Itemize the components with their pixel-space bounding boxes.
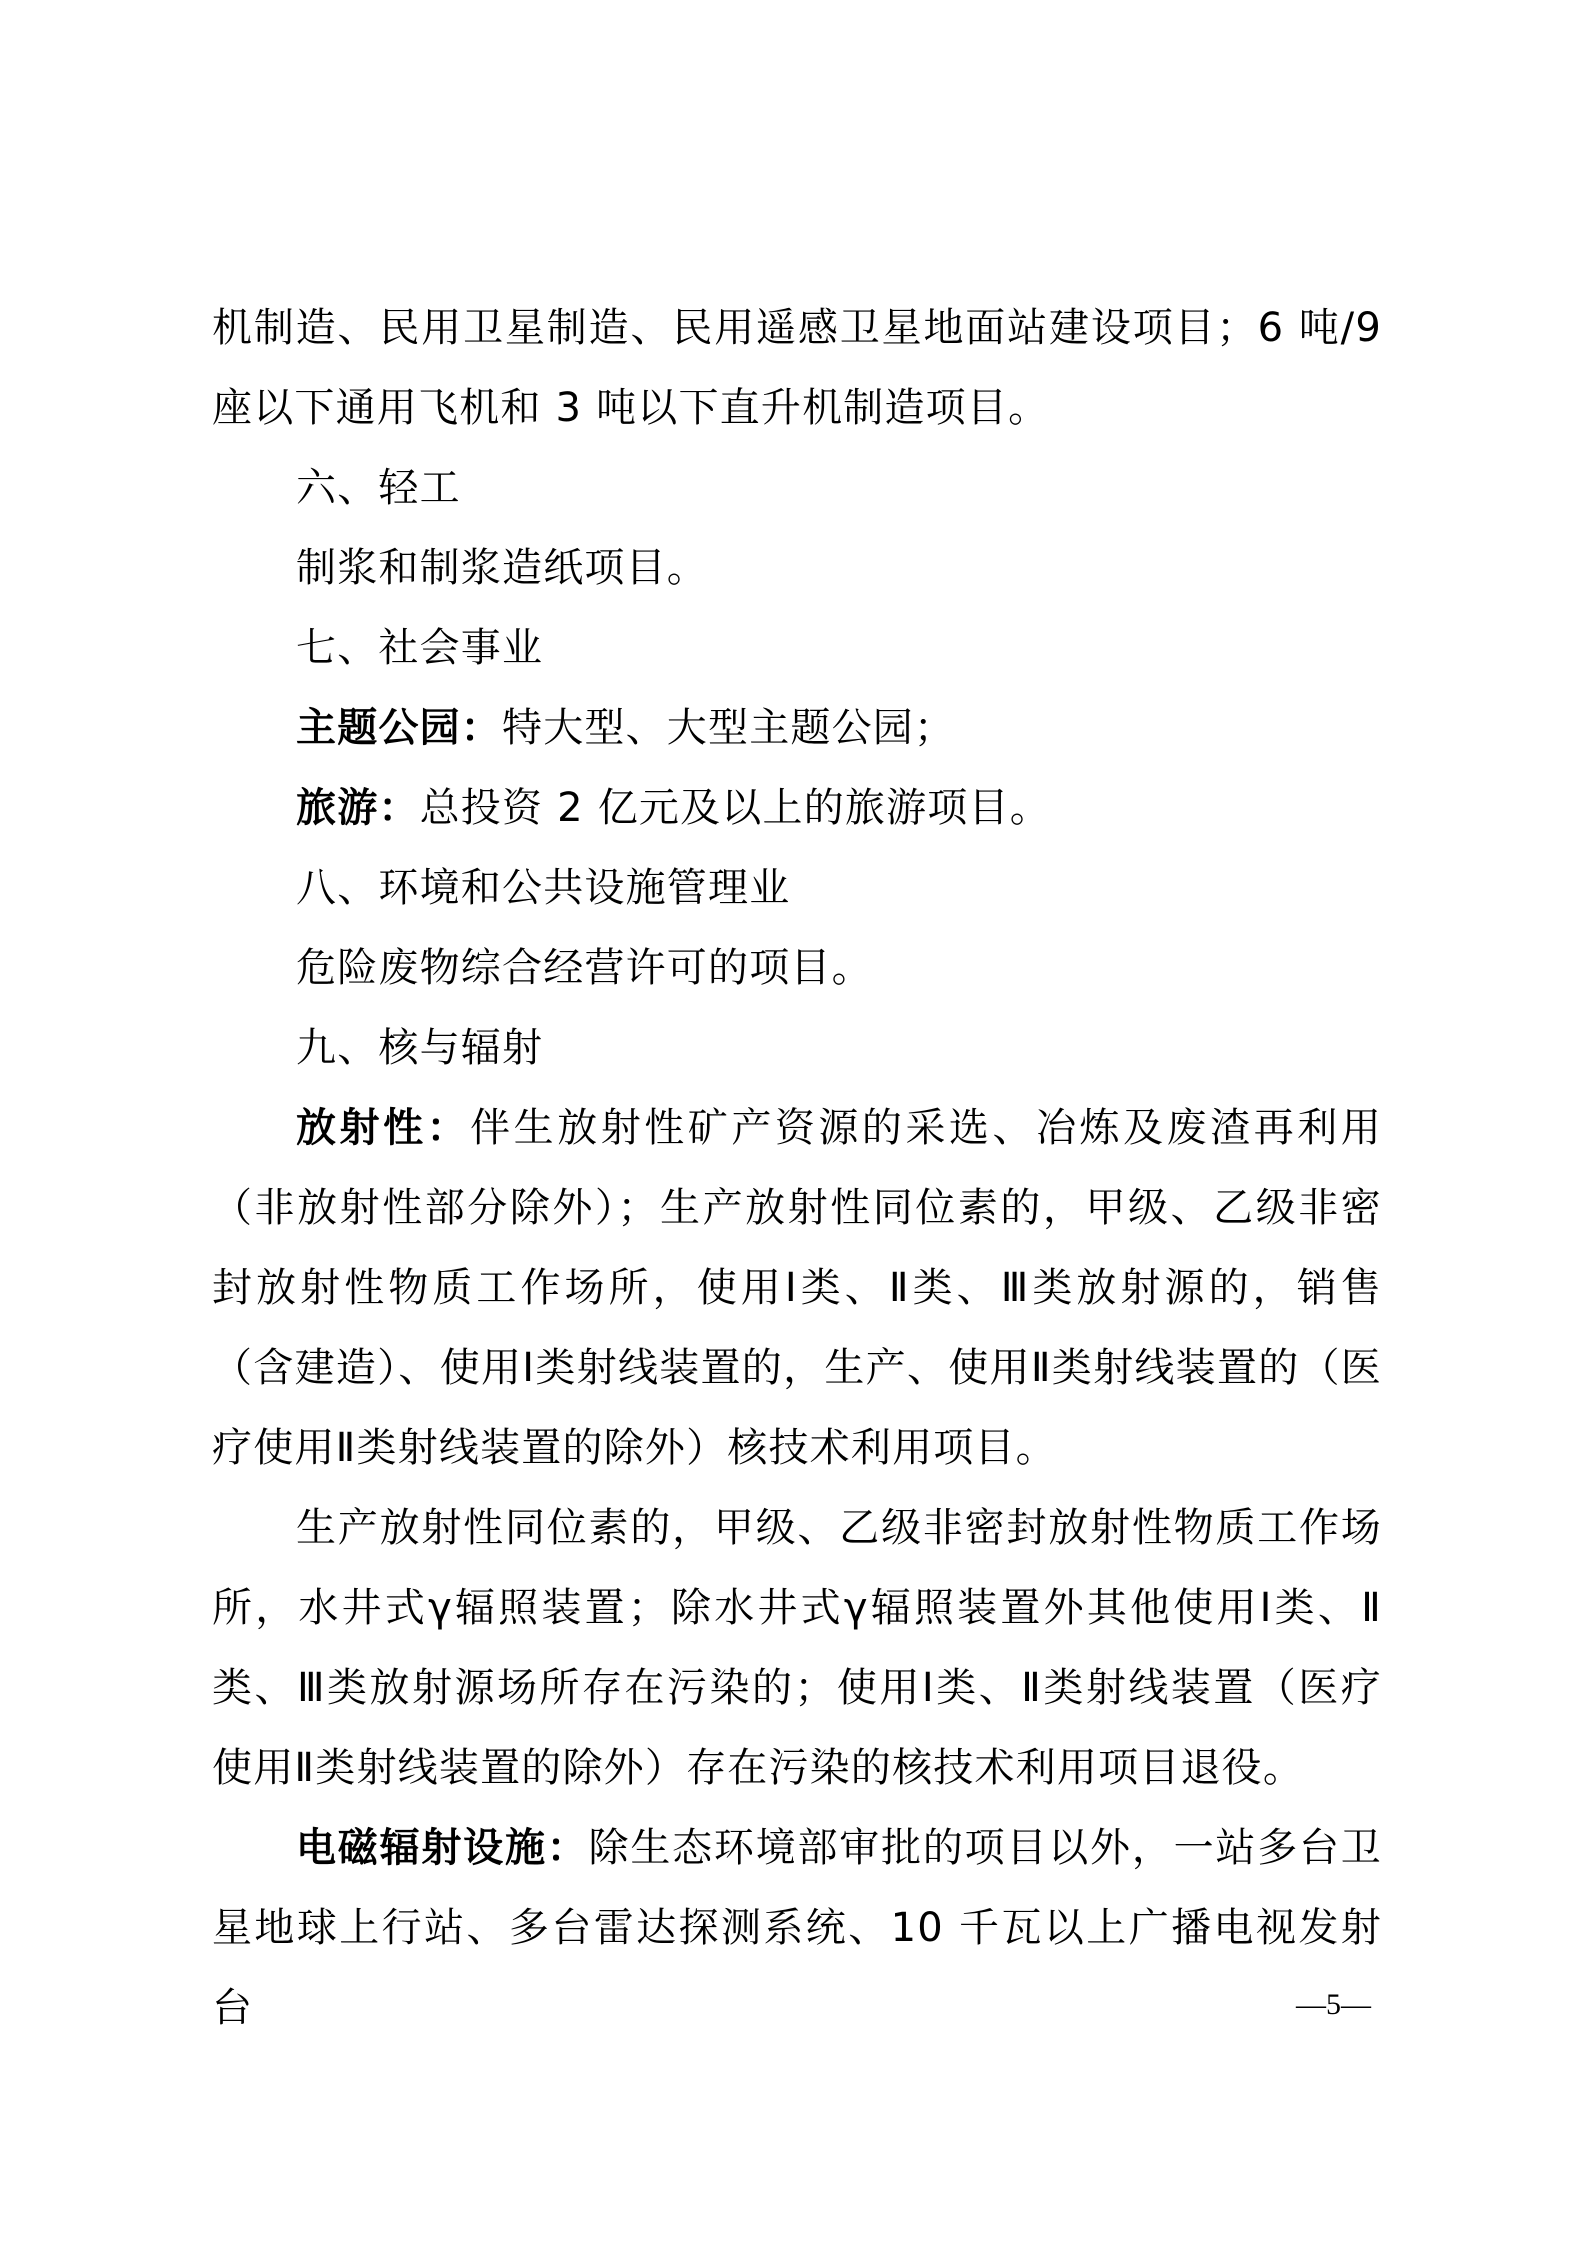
hazardous-waste-item: 危险废物综合经营许可的项目。	[212, 928, 1382, 1008]
section-heading-nuclear-radiation: 九、核与辐射	[212, 1008, 1382, 1088]
item-text: 总投资 2 亿元及以上的旅游项目。	[420, 785, 1051, 831]
item-text: 特大型、大型主题公园；	[502, 705, 955, 751]
section-heading-social-undertakings: 七、社会事业	[212, 608, 1382, 688]
item-label: 主题公园：	[296, 705, 502, 751]
radioactivity-item: 放射性：伴生放射性矿产资源的采选、冶炼及废渣再利用（非放射性部分除外）；生产放射…	[212, 1088, 1382, 1488]
tourism-item: 旅游：总投资 2 亿元及以上的旅游项目。	[212, 768, 1382, 848]
electromagnetic-item: 电磁辐射设施：除生态环境部审批的项目以外，一站多台卫星地球上行站、多台雷达探测系…	[212, 1808, 1382, 2048]
item-text: 伴生放射性矿产资源的采选、冶炼及废渣再利用（非放射性部分除外）；生产放射性同位素…	[212, 1105, 1382, 1471]
continued-paragraph: 机制造、民用卫星制造、民用遥感卫星地面站建设项目；6 吨/9 座以下通用飞机和 …	[212, 288, 1382, 448]
document-page: 机制造、民用卫星制造、民用遥感卫星地面站建设项目；6 吨/9 座以下通用飞机和 …	[0, 0, 1587, 2245]
section-heading-light-industry: 六、轻工	[212, 448, 1382, 528]
item-text: 生产放射性同位素的，甲级、乙级非密封放射性物质工作场所，水井式γ辐照装置；除水井…	[212, 1505, 1382, 1791]
theme-park-item: 主题公园：特大型、大型主题公园；	[212, 688, 1382, 768]
item-label: 旅游：	[296, 785, 420, 831]
page-number: —5—	[1296, 1988, 1371, 2022]
decommissioning-item: 生产放射性同位素的，甲级、乙级非密封放射性物质工作场所，水井式γ辐照装置；除水井…	[212, 1488, 1382, 1808]
section-heading-environment: 八、环境和公共设施管理业	[212, 848, 1382, 928]
item-label: 电磁辐射设施：	[296, 1825, 589, 1871]
light-industry-item: 制浆和制浆造纸项目。	[212, 528, 1382, 608]
item-text: 危险废物综合经营许可的项目。	[296, 945, 873, 991]
document-body: 机制造、民用卫星制造、民用遥感卫星地面站建设项目；6 吨/9 座以下通用飞机和 …	[212, 288, 1382, 2048]
item-text: 制浆和制浆造纸项目。	[296, 545, 708, 591]
item-label: 放射性：	[296, 1105, 470, 1151]
